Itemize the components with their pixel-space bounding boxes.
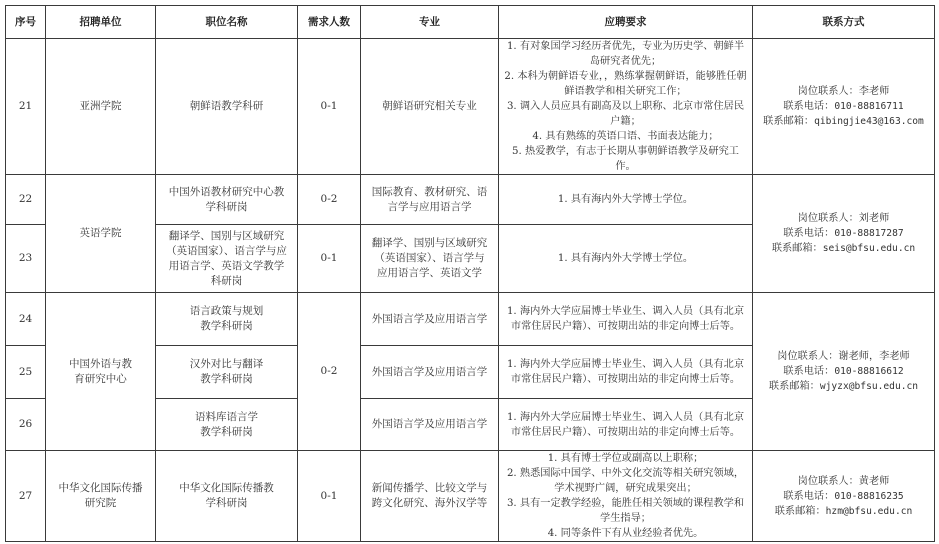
contact-email: 联系邮箱：qibingjie43@163.com <box>756 114 931 129</box>
requirement-item: 1. 海内外大学应届博士毕业生、调入人员（具有北京市常住居民户籍）、可按期出站的… <box>502 410 749 440</box>
cell-count: 0-1 <box>298 39 361 175</box>
cell-major: 翻译学、国别与区域研究（英语国家）、语言学与应用语言学、英语文学 <box>361 225 499 293</box>
header-no: 序号 <box>6 6 46 39</box>
cell-requirements: 1. 有对象国学习经历者优先，专业为历史学、朝鲜半岛研究者优先； 2. 本科为朝… <box>499 39 753 175</box>
cell-position: 语料库语言学教学科研岗 <box>156 399 298 451</box>
cell-no: 22 <box>6 175 46 225</box>
cell-requirements: 1. 具有海内外大学博士学位。 <box>499 225 753 293</box>
header-row: 序号 招聘单位 职位名称 需求人数 专业 应聘要求 联系方式 <box>6 6 935 39</box>
requirement-item: 1. 海内外大学应届博士毕业生、调入人员（具有北京市常住居民户籍）、可按期出站的… <box>502 304 749 334</box>
contact-email: 联系邮箱：seis@bfsu.edu.cn <box>756 241 931 256</box>
requirement-item: 5. 热爱教学，有志于长期从事朝鲜语教学及研究工作。 <box>502 144 749 174</box>
cell-position: 翻译学、国别与区域研究（英语国家）、语言学与应用语言学、英语文学教学科研岗 <box>156 225 298 293</box>
cell-requirements: 1. 海内外大学应届博士毕业生、调入人员（具有北京市常住居民户籍）、可按期出站的… <box>499 346 753 399</box>
contact-phone: 联系电话：010-88816612 <box>756 364 931 379</box>
cell-requirements: 1. 海内外大学应届博士毕业生、调入人员（具有北京市常住居民户籍）、可按期出站的… <box>499 399 753 451</box>
contact-person: 岗位联系人：李老师 <box>756 84 931 99</box>
email-link[interactable]: qibingjie43@163.com <box>814 116 924 127</box>
cell-no: 26 <box>6 399 46 451</box>
cell-major: 外国语言学及应用语言学 <box>361 399 499 451</box>
requirement-item: 1. 具有海内外大学博士学位。 <box>502 192 749 207</box>
requirement-item: 2. 熟悉国际中国学、中外文化交流等相关研究领域，学术视野广阔，研究成果突出； <box>502 466 749 496</box>
cell-position: 中华文化国际传播教学科研岗 <box>156 451 298 542</box>
cell-contact: 岗位联系人：谢老师，李老师 联系电话：010-88816612 联系邮箱：wjy… <box>753 293 935 451</box>
requirement-item: 4. 同等条件下有从业经验者优先。 <box>502 526 749 541</box>
cell-unit: 英语学院 <box>46 175 156 293</box>
cell-major: 朝鲜语研究相关专业 <box>361 39 499 175</box>
cell-requirements: 1. 具有海内外大学博士学位。 <box>499 175 753 225</box>
requirement-item: 4. 具有熟练的英语口语、书面表达能力； <box>502 129 749 144</box>
cell-position: 语言政策与规划教学科研岗 <box>156 293 298 346</box>
cell-count: 0-2 <box>298 293 361 451</box>
contact-person: 岗位联系人：刘老师 <box>756 211 931 226</box>
cell-major: 外国语言学及应用语言学 <box>361 346 499 399</box>
requirement-item: 2. 本科为朝鲜语专业，，熟练掌握朝鲜语，能够胜任朝鲜语教学和相关研究工作； <box>502 69 749 99</box>
cell-requirements: 1. 具有博士学位或副高以上职称； 2. 熟悉国际中国学、中外文化交流等相关研究… <box>499 451 753 542</box>
cell-major: 新闻传播学、比较文学与跨文化研究、海外汉学等 <box>361 451 499 542</box>
contact-person: 岗位联系人：黄老师 <box>756 474 931 489</box>
cell-count: 0-1 <box>298 451 361 542</box>
header-count: 需求人数 <box>298 6 361 39</box>
email-link[interactable]: wjyzx@bfsu.edu.cn <box>820 381 918 392</box>
cell-no: 23 <box>6 225 46 293</box>
cell-unit: 中华文化国际传播研究院 <box>46 451 156 542</box>
table-row: 21 亚洲学院 朝鲜语教学科研 0-1 朝鲜语研究相关专业 1. 有对象国学习经… <box>6 39 935 175</box>
cell-requirements: 1. 海内外大学应届博士毕业生、调入人员（具有北京市常住居民户籍）、可按期出站的… <box>499 293 753 346</box>
requirement-item: 3. 调入人员应具有副高及以上职称、北京市常住居民户籍； <box>502 99 749 129</box>
requirement-item: 1. 有对象国学习经历者优先，专业为历史学、朝鲜半岛研究者优先； <box>502 39 749 69</box>
cell-count: 0-1 <box>298 225 361 293</box>
cell-unit: 中国外语与教育研究中心 <box>46 293 156 451</box>
table-row: 22 英语学院 中国外语教材研究中心教学科研岗 0-2 国际教育、教材研究、语言… <box>6 175 935 225</box>
contact-phone: 联系电话：010-88816235 <box>756 489 931 504</box>
email-link[interactable]: seis@bfsu.edu.cn <box>823 243 915 254</box>
cell-count: 0-2 <box>298 175 361 225</box>
cell-position: 汉外对比与翻译教学科研岗 <box>156 346 298 399</box>
cell-major: 外国语言学及应用语言学 <box>361 293 499 346</box>
header-requirements: 应聘要求 <box>499 6 753 39</box>
cell-no: 21 <box>6 39 46 175</box>
table-row: 24 中国外语与教育研究中心 语言政策与规划教学科研岗 0-2 外国语言学及应用… <box>6 293 935 346</box>
contact-email: 联系邮箱：wjyzx@bfsu.edu.cn <box>756 379 931 394</box>
requirement-item: 1. 具有海内外大学博士学位。 <box>502 251 749 266</box>
cell-contact: 岗位联系人：李老师 联系电话：010-88816711 联系邮箱：qibingj… <box>753 39 935 175</box>
header-position: 职位名称 <box>156 6 298 39</box>
header-contact: 联系方式 <box>753 6 935 39</box>
requirement-item: 1. 海内外大学应届博士毕业生、调入人员（具有北京市常住居民户籍）、可按期出站的… <box>502 357 749 387</box>
cell-contact: 岗位联系人：黄老师 联系电话：010-88816235 联系邮箱：hzm@bfs… <box>753 451 935 542</box>
cell-no: 24 <box>6 293 46 346</box>
contact-email: 联系邮箱：hzm@bfsu.edu.cn <box>756 504 931 519</box>
contact-person: 岗位联系人：谢老师，李老师 <box>756 349 931 364</box>
cell-major: 国际教育、教材研究、语言学与应用语言学 <box>361 175 499 225</box>
cell-contact: 岗位联系人：刘老师 联系电话：010-88817287 联系邮箱：seis@bf… <box>753 175 935 293</box>
requirement-item: 3. 具有一定教学经验，能胜任相关领域的课程教学和学生指导； <box>502 496 749 526</box>
contact-phone: 联系电话：010-88817287 <box>756 226 931 241</box>
cell-no: 25 <box>6 346 46 399</box>
table-row: 27 中华文化国际传播研究院 中华文化国际传播教学科研岗 0-1 新闻传播学、比… <box>6 451 935 542</box>
cell-no: 27 <box>6 451 46 542</box>
cell-position: 朝鲜语教学科研 <box>156 39 298 175</box>
requirement-item: 1. 具有博士学位或副高以上职称； <box>502 451 749 466</box>
header-unit: 招聘单位 <box>46 6 156 39</box>
recruitment-table: 序号 招聘单位 职位名称 需求人数 专业 应聘要求 联系方式 21 亚洲学院 朝… <box>5 5 935 542</box>
cell-unit: 亚洲学院 <box>46 39 156 175</box>
cell-position: 中国外语教材研究中心教学科研岗 <box>156 175 298 225</box>
email-link[interactable]: hzm@bfsu.edu.cn <box>826 506 913 517</box>
contact-phone: 联系电话：010-88816711 <box>756 99 931 114</box>
header-major: 专业 <box>361 6 499 39</box>
